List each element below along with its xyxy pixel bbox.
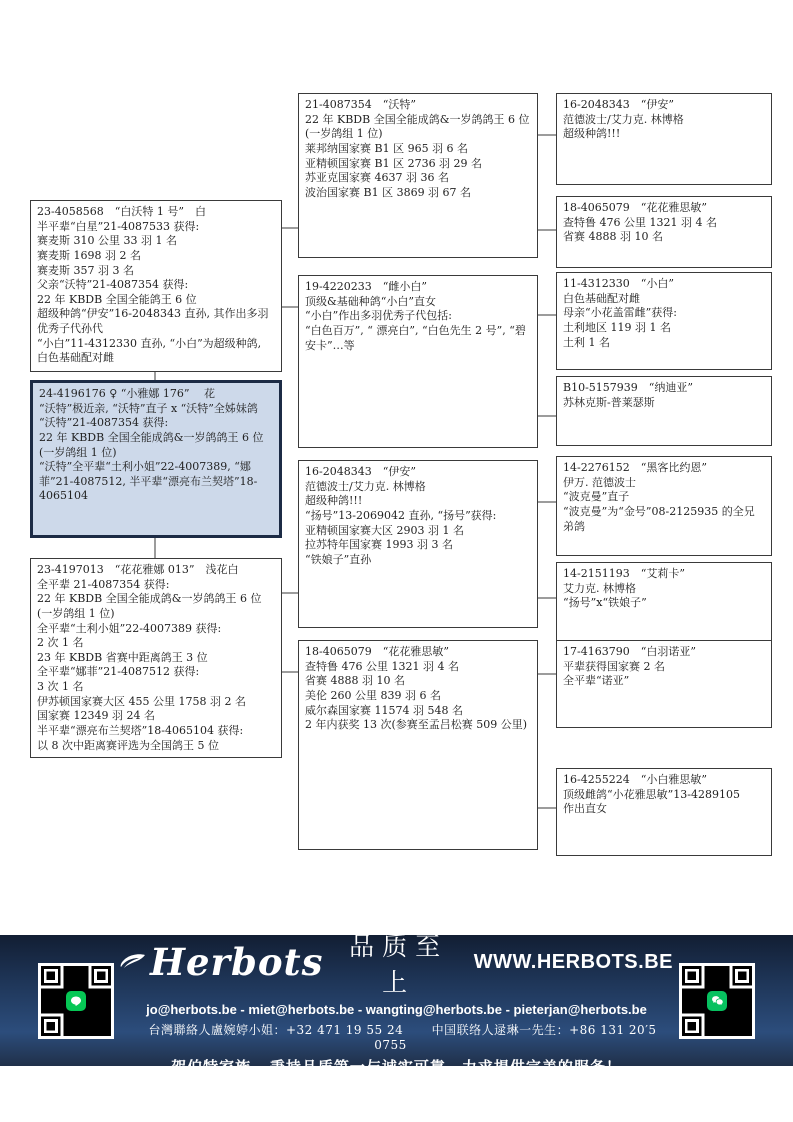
pedigree-text-line: 亚精顿国家赛大区 2903 羽 1 名 bbox=[305, 524, 531, 539]
pedigree-box-huahua-yasimin-granddam: 18-4065079 “花花雅思敏”查特鲁 476 公里 1321 羽 4 名省… bbox=[556, 196, 772, 268]
pedigree-text-line: 21-4087354 “沃特” bbox=[305, 98, 531, 113]
pedigree-text-line: 国家赛 12349 羽 24 名 bbox=[37, 709, 275, 724]
pedigree-box-white-feather-noah: 17-4163790 “白羽诺亚”平辈获得国家赛 2 名全平辈“诺亚” bbox=[556, 640, 772, 728]
pedigree-text-line: 伊万. 范德波士 bbox=[563, 476, 765, 491]
pedigree-box-huahua-yasimin: 18-4065079 “花花雅思敏”查特鲁 476 公里 1321 羽 4 名省… bbox=[298, 640, 538, 850]
pedigree-text-line: 超级种鸽“伊安”16-2048343 直孙, 其作出多羽优秀子代孙代 bbox=[37, 307, 275, 336]
pedigree-text-line: “扬号”13-2069042 直孙, “扬号”获得: bbox=[305, 509, 531, 524]
pedigree-text-line: 美伦 260 公里 839 羽 6 名 bbox=[305, 689, 531, 704]
pedigree-box-yian-grandsire: 16-2048343 “伊安”范德波士/艾力克. 林博格超级种鸽!!! bbox=[556, 93, 772, 185]
pedigree-text-line: 赛麦斯 1698 羽 2 名 bbox=[37, 249, 275, 264]
brand-chinese-motto: 品质至上 bbox=[337, 927, 459, 999]
pedigree-text-line: 顶级雌鸽“小花雅思敏”13-4289105 bbox=[563, 788, 765, 803]
pedigree-text-line: 22 年 KBDB 全国全能成鸽&一岁鸽鸽王 6 位 bbox=[37, 592, 275, 607]
pedigree-text-line: 作出直女 bbox=[563, 802, 765, 817]
pedigree-box-hacker-bjorn: 14-2276152 “黑客比约恩”伊万. 范德波士“波克曼”直子“波克曼”为“… bbox=[556, 456, 772, 556]
pedigree-text-line: 苏林克斯-普莱瑟斯 bbox=[563, 396, 765, 411]
line-qr-code bbox=[38, 963, 114, 1039]
herbots-logo: Herbots bbox=[120, 944, 323, 981]
pedigree-text-line: 23-4197013 “花花雅娜 013” 浅花白 bbox=[37, 563, 275, 578]
pedigree-text-line: 平辈获得国家赛 2 名 bbox=[563, 660, 765, 675]
email-list: jo@herbots.be - miet@herbots.be - wangti… bbox=[120, 1002, 673, 1017]
pedigree-text-line: 苏亚克国家赛 4637 羽 36 名 bbox=[305, 171, 531, 186]
pedigree-text-line: 23-4058568 “白沃特 1 号” 白 bbox=[37, 205, 275, 220]
pedigree-text-line: 土利 1 名 bbox=[563, 336, 765, 351]
pedigree-text-line: 2 次 1 名 bbox=[37, 636, 275, 651]
pedigree-box-erika: 14-2151193 “艾莉卡”艾力克. 林博格“扬号”x“铁娘子” bbox=[556, 562, 772, 642]
footer-content: Herbots 品质至上 WWW.HERBOTS.BE jo@herbots.b… bbox=[114, 925, 679, 1077]
footer-slogan: 贺伯特家族...秉持品质第一与诚实可靠，力求提供完美的服务！ bbox=[120, 1056, 673, 1077]
pedigree-text-line: 22 年 KBDB 全国全能成鸽&一岁鸽鸽王 6 位 bbox=[305, 113, 531, 128]
wechat-icon bbox=[707, 991, 727, 1011]
pedigree-text-line: 14-2276152 “黑客比约恩” bbox=[563, 461, 765, 476]
pedigree-text-line: 省赛 4888 羽 10 名 bbox=[563, 230, 765, 245]
pedigree-text-line: 赛麦斯 310 公里 33 羽 1 名 bbox=[37, 234, 275, 249]
pedigree-text-line: 波治国家赛 B1 区 3869 羽 67 名 bbox=[305, 186, 531, 201]
pedigree-text-line: 省赛 4888 羽 10 名 bbox=[305, 674, 531, 689]
pedigree-box-subject-xiaoyana-176: 24-4196176 ♀ “小雅娜 176” 花“沃特”极近亲, “沃特”直子 … bbox=[30, 380, 282, 538]
pedigree-box-huahua-yana-013: 23-4197013 “花花雅娜 013” 浅花白全平辈 21-4087354 … bbox=[30, 558, 282, 758]
taiwan-contact: 台灣聯絡人盧婉婷小姐：+32 471 19 55 24 bbox=[148, 1023, 403, 1037]
pedigree-text-line: (一岁鸽组 1 位) bbox=[37, 607, 275, 622]
pedigree-text-line: 14-2151193 “艾莉卡” bbox=[563, 567, 765, 582]
pedigree-text-line: 范德波士/艾力克. 林博格 bbox=[563, 113, 765, 128]
pedigree-text-line: 22 年 KBDB 全国全能鸽王 6 位 bbox=[37, 293, 275, 308]
pedigree-text-line: “波克曼”为“金号”08-2125935 的全兄弟鸽 bbox=[563, 505, 765, 534]
pedigree-text-line: 查特鲁 476 公里 1321 羽 4 名 bbox=[305, 660, 531, 675]
pedigree-text-line: “波克曼”直子 bbox=[563, 490, 765, 505]
pedigree-text-line: 莱邦纳国家赛 B1 区 965 羽 6 名 bbox=[305, 142, 531, 157]
pedigree-text-line: 查特鲁 476 公里 1321 羽 4 名 bbox=[563, 216, 765, 231]
pedigree-text-line: 以 8 次中距离赛评选为全国鸽王 5 位 bbox=[37, 739, 275, 754]
pedigree-text-line: 11-4312330 “小白” bbox=[563, 277, 765, 292]
pedigree-text-line: 超级种鸽!!! bbox=[305, 494, 531, 509]
pedigree-text-line: “小白”11-4312330 直孙, “小白”为超级种鸽, 白色基础配对雌 bbox=[37, 337, 275, 366]
pedigree-text-line: 19-4220233 “雌小白” bbox=[305, 280, 531, 295]
pedigree-text-line: 父亲“沃特”21-4087354 获得: bbox=[37, 278, 275, 293]
pedigree-box-yian: 16-2048343 “伊安”范德波士/艾力克. 林博格超级种鸽!!!“扬号”1… bbox=[298, 460, 538, 628]
pedigree-text-line: 16-4255224 “小白雅思敏” bbox=[563, 773, 765, 788]
pedigree-text-line: “沃特”21-4087354 获得: bbox=[39, 416, 273, 431]
wing-icon bbox=[120, 953, 146, 973]
pedigree-text-line: 全平辈“娜菲”21-4087512 获得: bbox=[37, 665, 275, 680]
pedigree-box-hen-little-white: 19-4220233 “雌小白”顶级&基础种鸽“小白”直女“小白”作出多羽优秀子… bbox=[298, 275, 538, 448]
pedigree-text-line: 艾力克. 林博格 bbox=[563, 582, 765, 597]
pedigree-text-line: 范德波士/艾力克. 林博格 bbox=[305, 480, 531, 495]
pedigree-text-line: (一岁鸽组 1 位) bbox=[305, 127, 531, 142]
pedigree-text-line: 伊苏顿国家赛大区 455 公里 1758 羽 2 名 bbox=[37, 695, 275, 710]
pedigree-text-line: “小白”作出多羽优秀子代包括: bbox=[305, 309, 531, 324]
pedigree-text-line: 拉苏特年国家赛 1993 羽 3 名 bbox=[305, 538, 531, 553]
pedigree-box-little-white: 11-4312330 “小白”白色基础配对雌母亲“小花盖雷雌”获得:土利地区 1… bbox=[556, 272, 772, 370]
pedigree-text-line: 17-4163790 “白羽诺亚” bbox=[563, 645, 765, 660]
pedigree-text-line: 威尔森国家赛 11574 羽 548 名 bbox=[305, 704, 531, 719]
pedigree-text-line: 3 次 1 名 bbox=[37, 680, 275, 695]
pedigree-text-line: 18-4065079 “花花雅思敏” bbox=[563, 201, 765, 216]
pedigree-text-line: 24-4196176 ♀ “小雅娜 176” 花 bbox=[39, 387, 273, 402]
pedigree-text-line: 18-4065079 “花花雅思敏” bbox=[305, 645, 531, 660]
pedigree-text-line: 2 年内获奖 13 次(参赛至孟吕松赛 509 公里) bbox=[305, 718, 531, 733]
china-contact: 中国联络人逯琳一先生：+86 131 20′5 0755 bbox=[374, 1023, 656, 1052]
pedigree-text-line: 16-2048343 “伊安” bbox=[563, 98, 765, 113]
pedigree-text-line: 全平辈“土利小姐”22-4007389 获得: bbox=[37, 622, 275, 637]
pedigree-page: 23-4058568 “白沃特 1 号” 白半平辈“白星”21-4087533 … bbox=[0, 0, 793, 1122]
pedigree-text-line: 半平辈“漂亮布兰契塔”18-4065104 获得: bbox=[37, 724, 275, 739]
pedigree-box-little-white-yasimin: 16-4255224 “小白雅思敏”顶级雌鸽“小花雅思敏”13-4289105作… bbox=[556, 768, 772, 856]
contact-line: 台灣聯絡人盧婉婷小姐：+32 471 19 55 24 中国联络人逯琳一先生：+… bbox=[120, 1021, 673, 1052]
pedigree-text-line: 23 年 KBDB 省赛中距离鸽王 3 位 bbox=[37, 651, 275, 666]
pedigree-text-line: “沃特”极近亲, “沃特”直子 x “沃特”全姊妹鸽 bbox=[39, 402, 273, 417]
pedigree-text-line: 全平辈“诺亚” bbox=[563, 674, 765, 689]
pedigree-box-white-walter-1: 23-4058568 “白沃特 1 号” 白半平辈“白星”21-4087533 … bbox=[30, 200, 282, 372]
pedigree-box-walter: 21-4087354 “沃特”22 年 KBDB 全国全能成鸽&一岁鸽鸽王 6 … bbox=[298, 93, 538, 258]
pedigree-text-line: 母亲“小花盖雷雌”获得: bbox=[563, 306, 765, 321]
wechat-qr-code bbox=[679, 963, 755, 1039]
pedigree-text-line: (一岁鸽组 1 位) bbox=[39, 446, 273, 461]
pedigree-text-line: 全平辈 21-4087354 获得: bbox=[37, 578, 275, 593]
pedigree-text-line: B10-5157939 “纳迪亚” bbox=[563, 381, 765, 396]
pedigree-text-line: “扬号”x“铁娘子” bbox=[563, 596, 765, 611]
pedigree-text-line: “铁娘子”直孙 bbox=[305, 553, 531, 568]
pedigree-text-line: 超级种鸽!!! bbox=[563, 127, 765, 142]
pedigree-text-line: 土利地区 119 羽 1 名 bbox=[563, 321, 765, 336]
pedigree-text-line: 半平辈“白星”21-4087533 获得: bbox=[37, 220, 275, 235]
pedigree-text-line: “沃特”全平辈“土利小姐”22-4007389, “娜菲”21-4087512,… bbox=[39, 460, 273, 504]
pedigree-box-nadiya: B10-5157939 “纳迪亚”苏林克斯-普莱瑟斯 bbox=[556, 376, 772, 446]
pedigree-text-line: 22 年 KBDB 全国全能成鸽&一岁鸽鸽王 6 位 bbox=[39, 431, 273, 446]
pedigree-text-line: 亚精顿国家赛 B1 区 2736 羽 29 名 bbox=[305, 157, 531, 172]
pedigree-text-line: 赛麦斯 357 羽 3 名 bbox=[37, 264, 275, 279]
pedigree-text-line: “白色百万”, “ 漂亮白”, “白色先生 2 号”, “碧安卡”…等 bbox=[305, 324, 531, 353]
pedigree-text-line: 顶级&基础种鸽“小白”直女 bbox=[305, 295, 531, 310]
pedigree-text-line: 16-2048343 “伊安” bbox=[305, 465, 531, 480]
line-icon bbox=[66, 991, 86, 1011]
footer-banner: Herbots 品质至上 WWW.HERBOTS.BE jo@herbots.b… bbox=[0, 935, 793, 1066]
pedigree-text-line: 白色基础配对雌 bbox=[563, 292, 765, 307]
website-url: WWW.HERBOTS.BE bbox=[474, 951, 673, 974]
